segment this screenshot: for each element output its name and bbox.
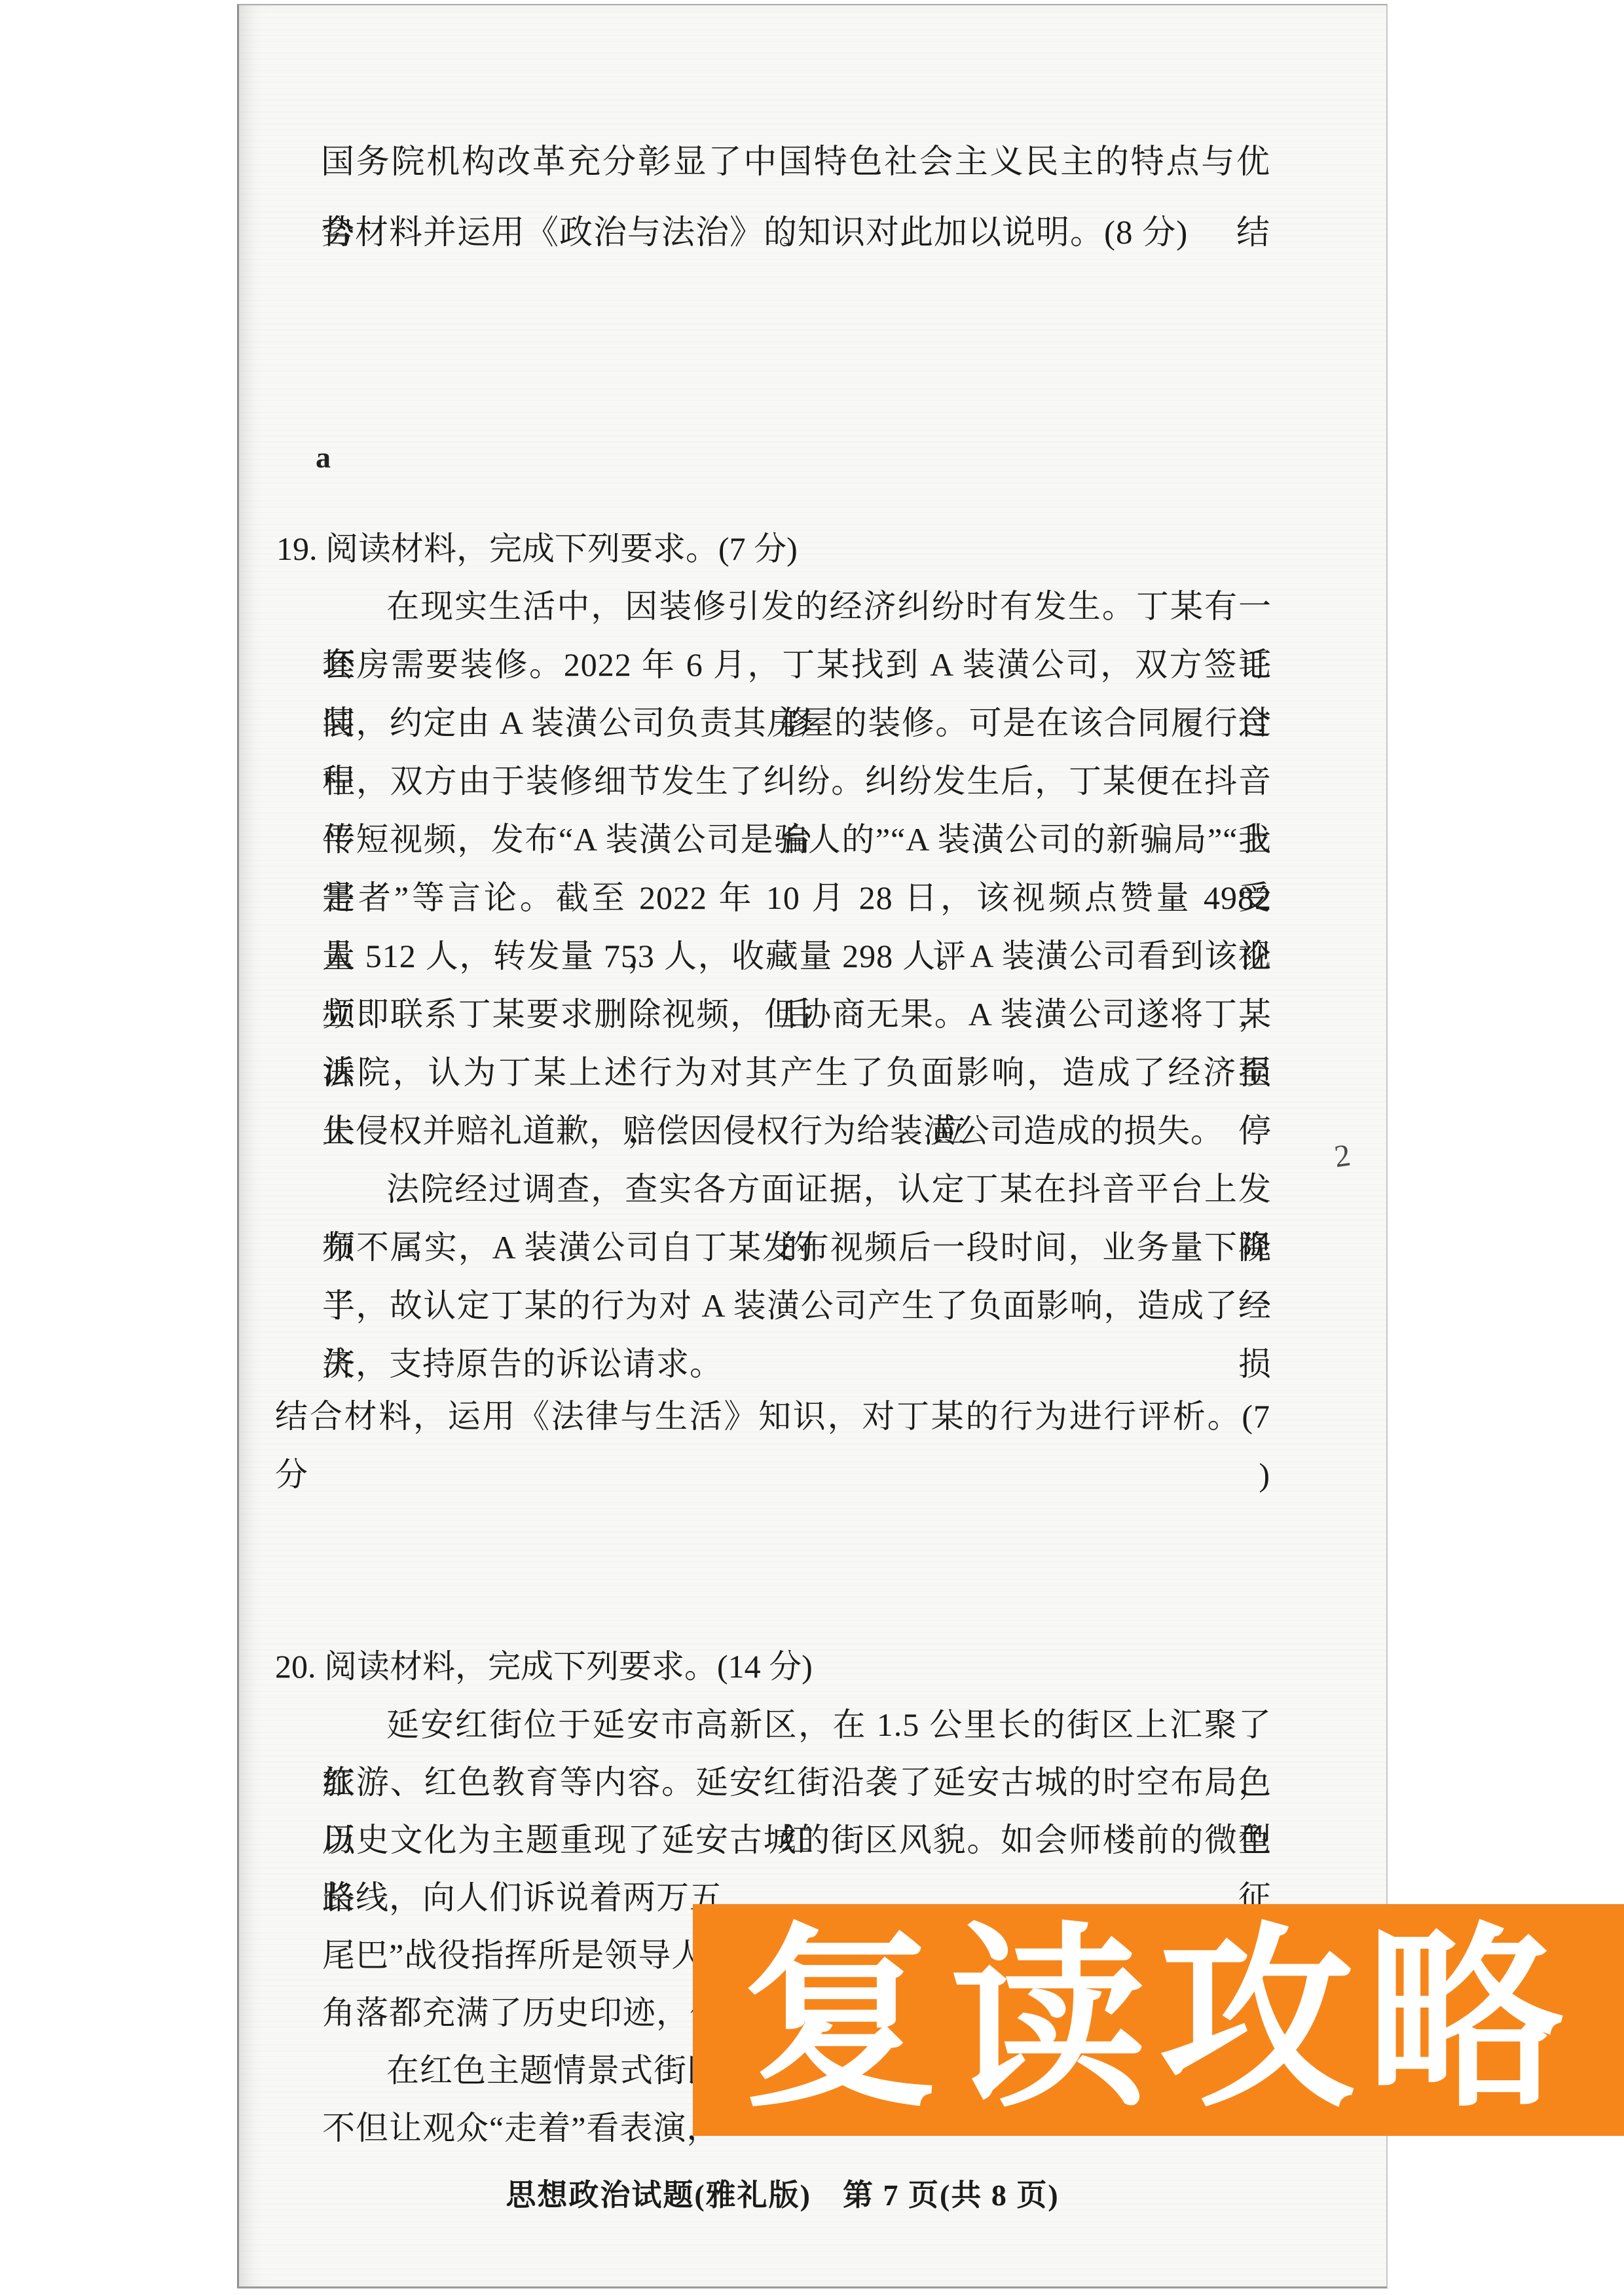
- text-line: 旅游、红色教育等内容。延安红街沿袭了延安古城的时空布局，以红色: [322, 1753, 1272, 1811]
- page-footer: 思想政治试题(雅礼版) 第 7 页(共 8 页): [237, 2171, 1384, 2214]
- text-line: 同，约定由 A 装潢公司负责其房屋的装修。可是在该合同履行过程: [322, 694, 1272, 752]
- text-line: 害者”等言论。截至 2022 年 10 月 28 日，该视频点赞量 4982 人…: [322, 869, 1272, 927]
- question-18-tail: 国务院机构改革充分彰显了中国特色社会主义民主的特点与优势。结 合材料并运用《政治…: [321, 127, 1270, 268]
- text-line: 立即联系丁某要求删除视频，但协商无果。A 装潢公司遂将丁某诉至: [322, 985, 1272, 1044]
- question-20-heading: 20. 阅读材料，完成下列要求。(14 分): [275, 1638, 813, 1696]
- question-19-heading: 19. 阅读材料，完成下列要求。(7 分): [276, 520, 798, 578]
- text-line: 合材料并运用《政治与法治》的知识对此加以说明。(8 分): [321, 198, 1270, 268]
- text-line: 法院，认为丁某上述行为对其产生了负面影响，造成了经济损失，应停: [322, 1044, 1272, 1102]
- watermark-banner: 复读攻略: [693, 1904, 1624, 2136]
- text-line: 国务院机构改革充分彰显了中国特色社会主义民主的特点与优势。结: [321, 127, 1270, 198]
- stray-mark-a: a: [316, 440, 331, 475]
- scanned-exam-page: { "q18_tail": { "lines": [ "国务院机构改革充分彰显了…: [0, 0, 1624, 2295]
- text-line: 在现实生活中，因装修引发的经济纠纷时有发生。丁某有一套毛: [322, 578, 1272, 636]
- text-line: 历史文化为主题重现了延安古城的街区风貌。如会师楼前的微型长征: [322, 1811, 1272, 1869]
- text-line: 中，双方由于装修细节发生了纠纷。纠纷发生后，丁某便在抖音平台上: [322, 752, 1272, 811]
- question-19-paragraph-2: 法院经过调查，查实各方面证据，认定丁某在抖音平台上发布的视 频不属实，A 装潢公…: [322, 1160, 1272, 1393]
- question-19-paragraph-1: 在现实生活中，因装修引发的经济纠纷时有发生。丁某有一套毛 坯房需要装修。2022…: [322, 578, 1272, 1160]
- question-19-task: 结合材料，运用《法律与生活》知识，对丁某的行为进行评析。(7 分): [275, 1387, 1270, 1446]
- text-line: 法院经过调查，查实各方面证据，认定丁某在抖音平台上发布的视: [322, 1160, 1272, 1219]
- text-line: 量 512 人，转发量 753 人，收藏量 298 人。A 装潢公司看到该视频后…: [322, 927, 1272, 985]
- text-line: 频不属实，A 装潢公司自丁某发布视频后一段时间，业务量下降了一: [322, 1219, 1272, 1277]
- text-line: 传短视频，发布“A 装潢公司是骗人的”“A 装潢公司的新骗局”“我是受: [322, 811, 1272, 869]
- text-line: 坯房需要装修。2022 年 6 月，丁某找到 A 装潢公司，双方签订装修合: [322, 636, 1272, 694]
- text-line: 止侵权并赔礼道歉，赔偿因侵权行为给装潢公司造成的损失。: [322, 1102, 1272, 1160]
- text-line: 延安红街位于延安市高新区，在 1.5 公里长的街区上汇聚了红色: [322, 1696, 1272, 1753]
- text-line: 半，故认定丁某的行为对 A 装潢公司产生了负面影响，造成了经济损: [322, 1277, 1272, 1335]
